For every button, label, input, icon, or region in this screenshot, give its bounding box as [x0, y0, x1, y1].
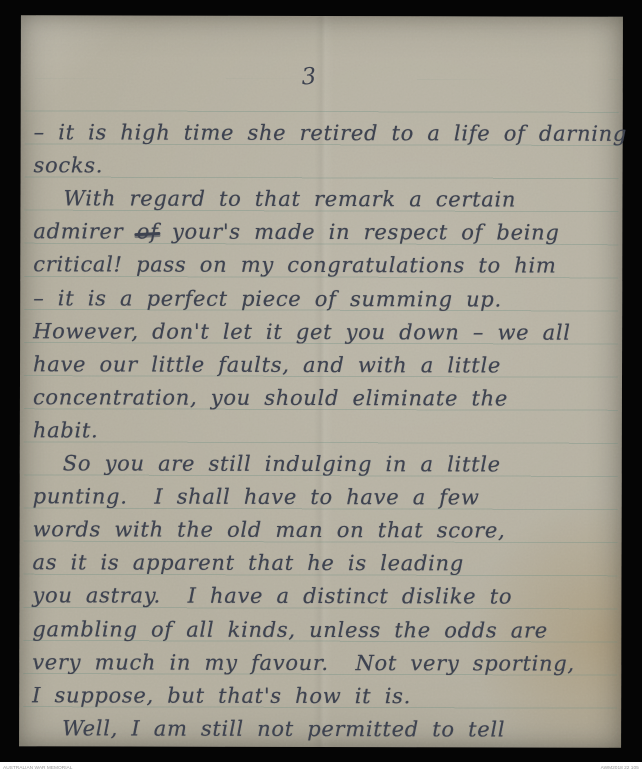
handwritten-line: concentration, you should eliminate the	[33, 376, 614, 411]
handwritten-line: you astray. I have a distinct dislike to	[32, 575, 613, 610]
line-text: you astray. I have a distinct dislike to	[32, 584, 512, 609]
handwritten-line: With regard to that remark a certain	[33, 177, 614, 212]
handwritten-line: Well, I am still not permitted to tell	[32, 707, 613, 742]
line-text: I suppose, but that's how it is.	[32, 683, 411, 708]
handwritten-line: words with the old man on that score,	[33, 508, 614, 543]
line-text: gambling of all kinds, unless the odds a…	[32, 617, 548, 642]
handwritten-line: very much in my favour. Not very sportin…	[32, 641, 613, 676]
handwritten-line: So you are still indulging in a little	[33, 442, 614, 477]
line-text: as it is apparent that he is leading	[32, 551, 463, 576]
handwritten-line: – it is a perfect piece of summing up.	[33, 277, 614, 312]
handwritten-line: have our little faults, and with a littl…	[33, 343, 614, 378]
handwritten-line: admirer of your's made in respect of bei…	[33, 211, 614, 246]
handwriting-block: – it is high time she retired to a life …	[32, 111, 615, 741]
scan-background: 3 – it is high time she retired to a lif…	[0, 0, 642, 773]
line-text: – it is high time she retired to a life …	[34, 120, 627, 146]
line-text: have our little faults, and with a littl…	[33, 352, 501, 377]
line-text: Well, I am still not permitted to tell	[62, 716, 505, 741]
struck-word: of	[137, 220, 159, 244]
handwritten-line: I suppose, but that's how it is.	[32, 674, 613, 709]
handwritten-line: critical! pass on my congratulations to …	[33, 244, 614, 279]
line-text: your's made in respect of being	[159, 220, 560, 245]
line-text: However, don't let it get you down – we …	[33, 319, 571, 344]
line-text: – it is a perfect piece of summing up.	[33, 286, 502, 311]
line-text: habit.	[33, 418, 99, 442]
line-text: concentration, you should eliminate the	[33, 385, 508, 410]
handwritten-line: gambling of all kinds, unless the odds a…	[32, 608, 613, 643]
handwritten-line: punting. I shall have to have a few	[33, 475, 614, 510]
awm-attribution: AUSTRALIAN WAR MEMORIAL	[3, 765, 72, 770]
line-text: admirer	[33, 220, 136, 244]
footer-bar: AUSTRALIAN WAR MEMORIAL AWM2018 22 105	[0, 762, 642, 773]
line-text: critical! pass on my congratulations to …	[33, 253, 556, 278]
line-text: socks.	[34, 153, 104, 177]
handwritten-line: socks.	[34, 144, 615, 179]
line-text: With regard to that remark a certain	[63, 187, 516, 212]
handwritten-line: – it is high time she retired to a life …	[34, 111, 615, 146]
line-text: punting. I shall have to have a few	[33, 484, 480, 509]
handwritten-line: as it is apparent that he is leading	[32, 541, 613, 576]
letter-page: 3 – it is high time she retired to a lif…	[19, 15, 623, 748]
line-text: words with the old man on that score,	[33, 517, 506, 542]
line-text: So you are still indulging in a little	[63, 451, 501, 476]
item-id: AWM2018 22 105	[601, 765, 639, 770]
line-text: very much in my favour. Not very sportin…	[32, 650, 575, 675]
handwritten-line: However, don't let it get you down – we …	[33, 310, 614, 345]
page-number: 3	[288, 63, 330, 92]
handwritten-line: habit.	[33, 409, 614, 444]
